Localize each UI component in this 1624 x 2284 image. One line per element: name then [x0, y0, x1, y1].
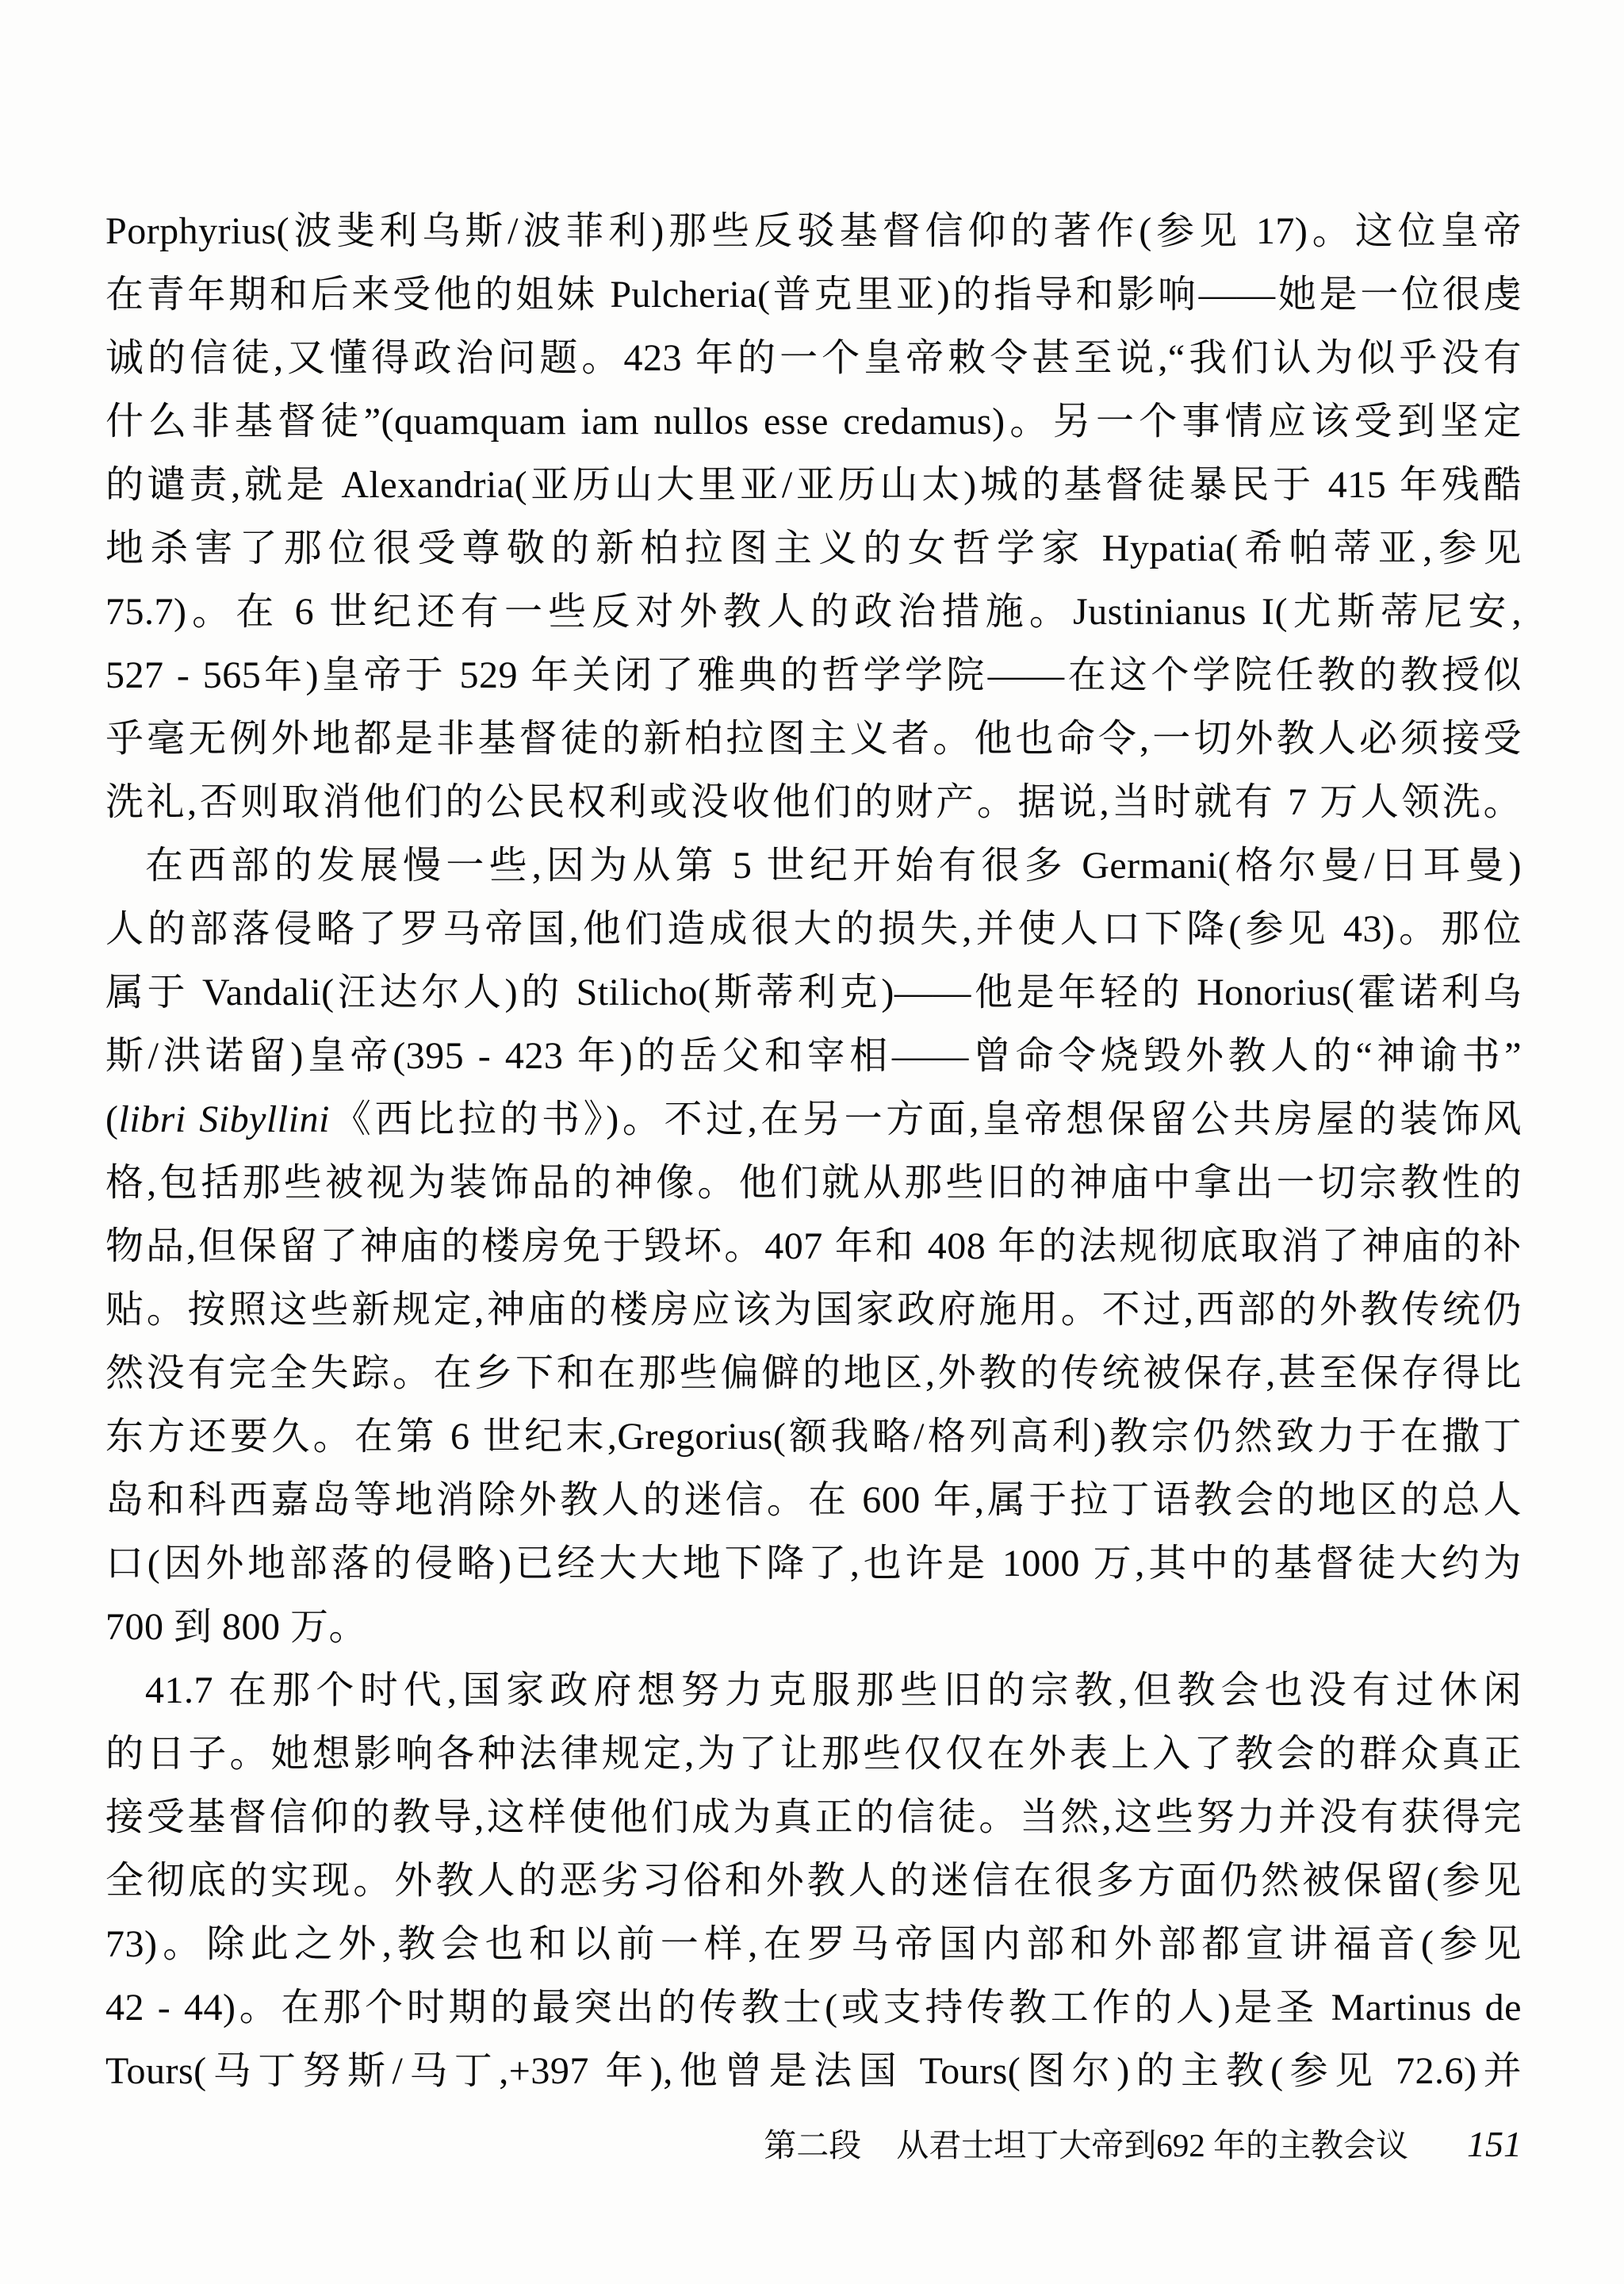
text-line: 的日子。她想影响各种法律规定,为了让那些仅仅在外表上入了教会的群众真正	[105, 1723, 1522, 1786]
text-line: 贴。按照这些新规定,神庙的楼房应该为国家政府施用。不过,西部的外教传统仍	[105, 1278, 1522, 1342]
text-line: 乎毫无例外地都是非基督徒的新柏拉图主义者。他也命令,一切外教人必须接受	[105, 707, 1522, 771]
text-line: 诚的信徒,又懂得政治问题。423 年的一个皇帝敕令甚至说,“我们认为似乎没有	[105, 327, 1522, 390]
text-line: 地杀害了那位很受尊敬的新柏拉图主义的女哲学家 Hypatia(希帕蒂亚,参见	[105, 517, 1522, 581]
text-line: 口(因外地部落的侵略)已经大大地下降了,也许是 1000 万,其中的基督徒大约为	[105, 1532, 1522, 1596]
text-line: 人的部落侵略了罗马帝国,他们造成很大的损失,并使人口下降(参见 43)。那位	[105, 898, 1522, 961]
book-page: Porphyrius(波斐利乌斯/波菲利)那些反驳基督信仰的著作(参见 17)。…	[0, 0, 1624, 2284]
text-line: 全彻底的实现。外教人的恶劣习俗和外教人的迷信在很多方面仍然被保留(参见	[105, 1849, 1522, 1913]
text-line: 527 - 565年)皇帝于 529 年关闭了雅典的哲学学院——在这个学院任教的…	[105, 644, 1522, 707]
footer-chapter-title: 从君士坦丁大帝到692 年的主教会议	[896, 2123, 1408, 2167]
text-line: 在青年期和后来受他的姐妹 Pulcheria(普克里亚)的指导和影响——她是一位…	[105, 263, 1522, 327]
footer-page-number: 151	[1467, 2122, 1522, 2167]
text-line: 的谴责,就是 Alexandria(亚历山大里亚/亚历山太)城的基督徒暴民于 4…	[105, 454, 1522, 517]
text-line-paragraph-start: 41.7 在那个时代,国家政府想努力克服那些旧的宗教,但教会也没有过休闲	[105, 1659, 1522, 1723]
page-footer: 第二段 从君士坦丁大帝到692 年的主教会议 151	[105, 2122, 1522, 2167]
text-line-paragraph-start: 在西部的发展慢一些,因为从第 5 世纪开始有很多 Germani(格尔曼/日耳曼…	[105, 834, 1522, 898]
text-line: Porphyrius(波斐利乌斯/波菲利)那些反驳基督信仰的著作(参见 17)。…	[105, 200, 1522, 263]
text-line: 属于 Vandali(汪达尔人)的 Stilicho(斯蒂利克)——他是年轻的 …	[105, 961, 1522, 1025]
text-line: 斯/洪诺留)皇帝(395 - 423 年)的岳父和宰相——曾命令烧毁外教人的“神…	[105, 1025, 1522, 1088]
body-text-block: Porphyrius(波斐利乌斯/波菲利)那些反驳基督信仰的著作(参见 17)。…	[105, 200, 1522, 2103]
text-line-with-latin-title: (libri Sibyllini《西比拉的书》)。不过,在另一方面,皇帝想保留公…	[105, 1088, 1522, 1152]
text-line: 75.7)。在 6 世纪还有一些反对外教人的政治措施。Justinianus I…	[105, 581, 1522, 644]
text-line: Tours(马丁努斯/马丁,+397 年),他曾是法国 Tours(图尔)的主教…	[105, 2040, 1522, 2103]
text-line: 物品,但保留了神庙的楼房免于毁坏。407 年和 408 年的法规彻底取消了神庙的…	[105, 1215, 1522, 1278]
text-line: 然没有完全失踪。在乡下和在那些偏僻的地区,外教的传统被保存,甚至保存得比	[105, 1342, 1522, 1405]
text-line: 东方还要久。在第 6 世纪末,Gregorius(额我略/格列高利)教宗仍然致力…	[105, 1405, 1522, 1469]
line-remainder-text: 《西比拉的书》)。不过,在另一方面,皇帝想保留公共房屋的装饰风	[330, 1098, 1522, 1140]
footer-section-label: 第二段	[764, 2123, 861, 2167]
text-line: 格,包括那些被视为装饰品的神像。他们就从那些旧的神庙中拿出一切宗教性的	[105, 1152, 1522, 1215]
latin-book-title: libri Sibyllini	[118, 1098, 329, 1140]
text-line: 接受基督信仰的教导,这样使他们成为真正的信徒。当然,这些努力并没有获得完	[105, 1786, 1522, 1849]
paren-text: (	[105, 1098, 118, 1140]
text-line: 什么非基督徒”(quamquam iam nullos esse credamu…	[105, 390, 1522, 454]
text-line: 洗礼,否则取消他们的公民权利或没收他们的财产。据说,当时就有 7 万人领洗。	[105, 771, 1522, 834]
text-line: 73)。除此之外,教会也和以前一样,在罗马帝国内部和外部都宣讲福音(参见	[105, 1913, 1522, 1976]
text-line: 岛和科西嘉岛等地消除外教人的迷信。在 600 年,属于拉丁语教会的地区的总人	[105, 1469, 1522, 1532]
text-line-paragraph-end: 700 到 800 万。	[105, 1596, 1522, 1659]
text-line: 42 - 44)。在那个时期的最突出的传教士(或支持传教工作的人)是圣 Mart…	[105, 1976, 1522, 2040]
